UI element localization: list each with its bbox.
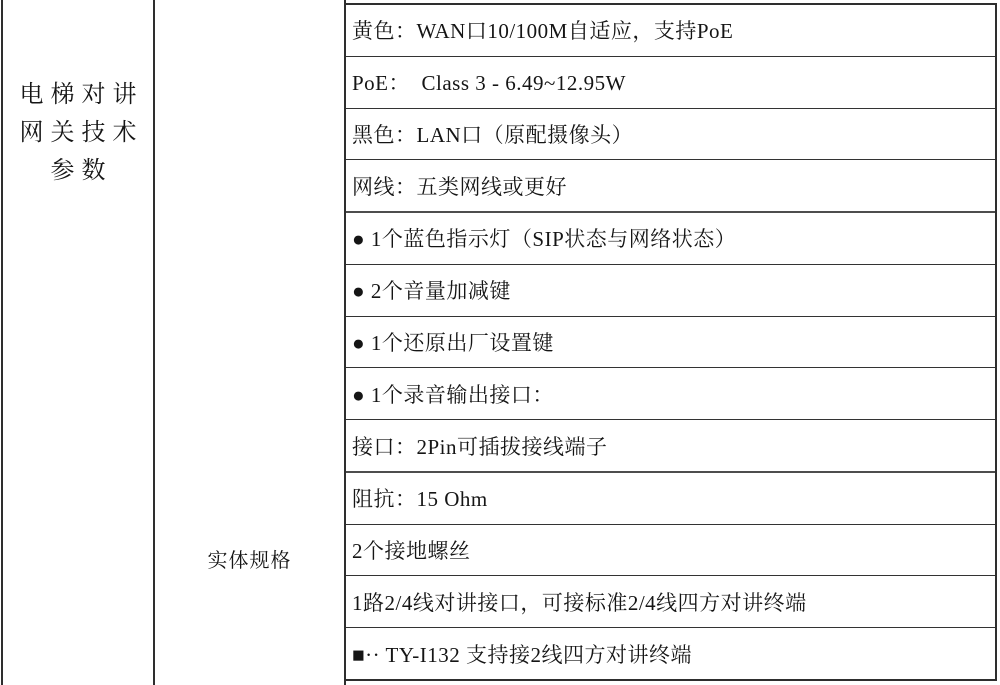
spec-text: 黄色：WAN口10/100M自适应，支持PoE (352, 15, 733, 45)
spec-row: 网线：五类网线或更好 (346, 160, 995, 213)
spec-row: ● 1个蓝色指示灯（SIP状态与网络状态） (346, 213, 995, 265)
spec-text: ● 1个还原出厂设置键 (352, 327, 554, 357)
spec-text: 黑色：LAN口（原配摄像头） (352, 119, 633, 149)
spec-row: PoE： Class 3 - 6.49~12.95W (346, 57, 995, 109)
spec-text: ● 1个录音输出接口： (352, 379, 554, 409)
spec-text: PoE： Class 3 - 6.49~12.95W (352, 67, 626, 97)
spec-row: ● 2个音量加减键 (346, 265, 995, 317)
spec-text: 1路2/4线对讲接口，可接标准2/4线四方对讲终端 (352, 587, 807, 617)
spec-text: ● 1个蓝色指示灯（SIP状态与网络状态） (352, 223, 736, 253)
spec-row: 接口：2Pin可插拔接线端子 (346, 420, 995, 473)
spec-row: 阻抗：15 Ohm (346, 473, 995, 525)
category-title-line: 电梯对讲 (3, 76, 153, 114)
spec-table: 黄色：WAN口10/100M自适应，支持PoE PoE： Class 3 - 6… (346, 3, 997, 681)
spec-text: 2个接地螺丝 (352, 535, 471, 565)
subcategory-label: 实体规格 (155, 544, 344, 573)
spec-row: 1路2/4线对讲接口，可接标准2/4线四方对讲终端 (346, 576, 995, 628)
spec-row: ■·· TY-I132 支持接2线四方对讲终端 (346, 628, 995, 679)
spec-text: 网线：五类网线或更好 (352, 171, 567, 201)
spec-text: 接口：2Pin可插拔接线端子 (352, 431, 608, 461)
spec-row: 黄色：WAN口10/100M自适应，支持PoE (346, 5, 995, 57)
spec-row: ● 1个录音输出接口： (346, 368, 995, 420)
spec-text: 阻抗：15 Ohm (352, 483, 488, 513)
table-cell-category: 电梯对讲 网关技术 参数 (1, 0, 155, 685)
spec-row: 2个接地螺丝 (346, 525, 995, 577)
document-page: 电梯对讲 网关技术 参数 实体规格 黄色：WAN口10/100M自适应，支持Po… (0, 0, 1000, 685)
category-title-line: 参数 (3, 152, 153, 190)
spec-row: 黑色：LAN口（原配摄像头） (346, 109, 995, 161)
category-title: 电梯对讲 网关技术 参数 (3, 76, 153, 190)
spec-row: ● 1个还原出厂设置键 (346, 317, 995, 369)
table-cell-subcategory: 实体规格 (155, 0, 346, 685)
category-title-line: 网关技术 (3, 114, 153, 152)
spec-text: ● 2个音量加减键 (352, 275, 511, 305)
spec-text: ■·· TY-I132 支持接2线四方对讲终端 (352, 639, 692, 669)
